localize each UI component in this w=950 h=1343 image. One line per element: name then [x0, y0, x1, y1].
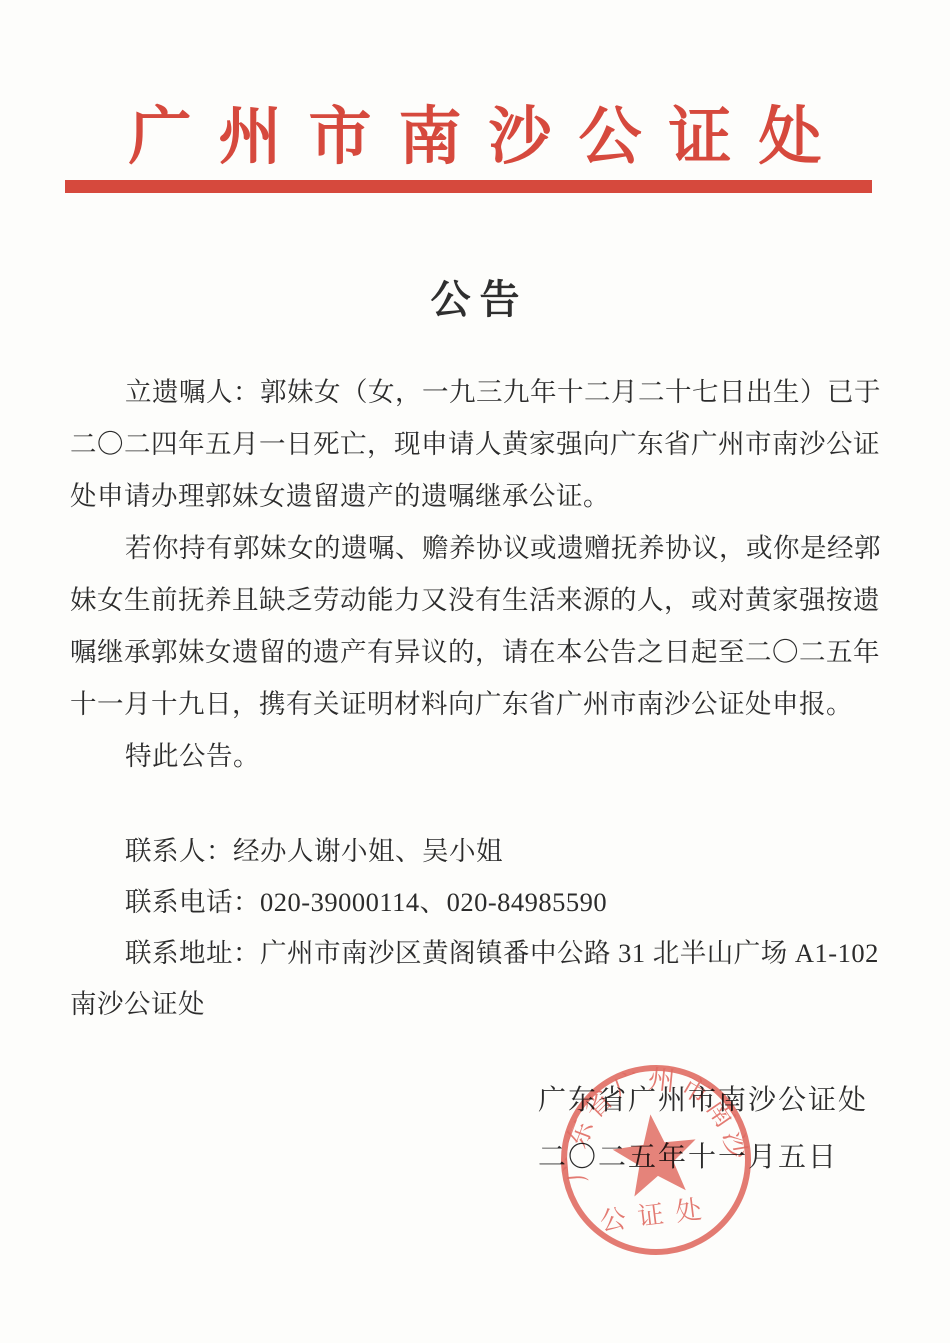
- body-line: 二〇二四年五月一日死亡，现申请人黄家强向广东省广州市南沙公证: [70, 418, 880, 470]
- body-line: 十一月十九日，携有关证明材料向广东省广州市南沙公证处申报。: [70, 678, 880, 730]
- seal-bottom-text: 公证处: [598, 1193, 715, 1236]
- header-divider: [65, 180, 872, 193]
- contact-info: 联系人：经办人谢小姐、吴小姐 联系电话：020-39000114、020-849…: [70, 826, 880, 1030]
- body-line: 立遗嘱人：郭妹女（女，一九三九年十二月二十七日出生）已于: [70, 366, 880, 418]
- body-line: 若你持有郭妹女的遗嘱、赡养协议或遗赠抚养协议，或你是经郭: [70, 522, 880, 574]
- body-line: 处申请办理郭妹女遗留遗产的遗嘱继承公证。: [70, 470, 880, 522]
- notice-body: 立遗嘱人：郭妹女（女，一九三九年十二月二十七日出生）已于 二〇二四年五月一日死亡…: [70, 366, 880, 782]
- body-line: 妹女生前抚养且缺乏劳动能力又没有生活来源的人，或对黄家强按遗: [70, 574, 880, 626]
- contact-address-line: 南沙公证处: [70, 979, 880, 1030]
- signature-org: 广东省广州市南沙公证处: [538, 1072, 868, 1129]
- signature-block: 广东省广州市南沙公证处 二〇二五年十一月五日: [538, 1072, 868, 1186]
- notice-title: 公告: [0, 268, 950, 325]
- signature-date: 二〇二五年十一月五日: [538, 1129, 868, 1186]
- page-title: 广州市南沙公证处: [0, 86, 950, 177]
- body-line-closing: 特此公告。: [70, 730, 880, 782]
- contact-address-line: 联系地址：广州市南沙区黄阁镇番中公路 31 北半山广场 A1-102: [70, 928, 880, 979]
- contact-person-line: 联系人：经办人谢小姐、吴小姐: [70, 826, 880, 877]
- body-line: 嘱继承郭妹女遗留的遗产有异议的，请在本公告之日起至二〇二五年: [70, 626, 880, 678]
- contact-phone-line: 联系电话：020-39000114、020-84985590: [70, 877, 880, 928]
- notice-document: 广州市南沙公证处 公告 立遗嘱人：郭妹女（女，一九三九年十二月二十七日出生）已于…: [0, 0, 950, 1343]
